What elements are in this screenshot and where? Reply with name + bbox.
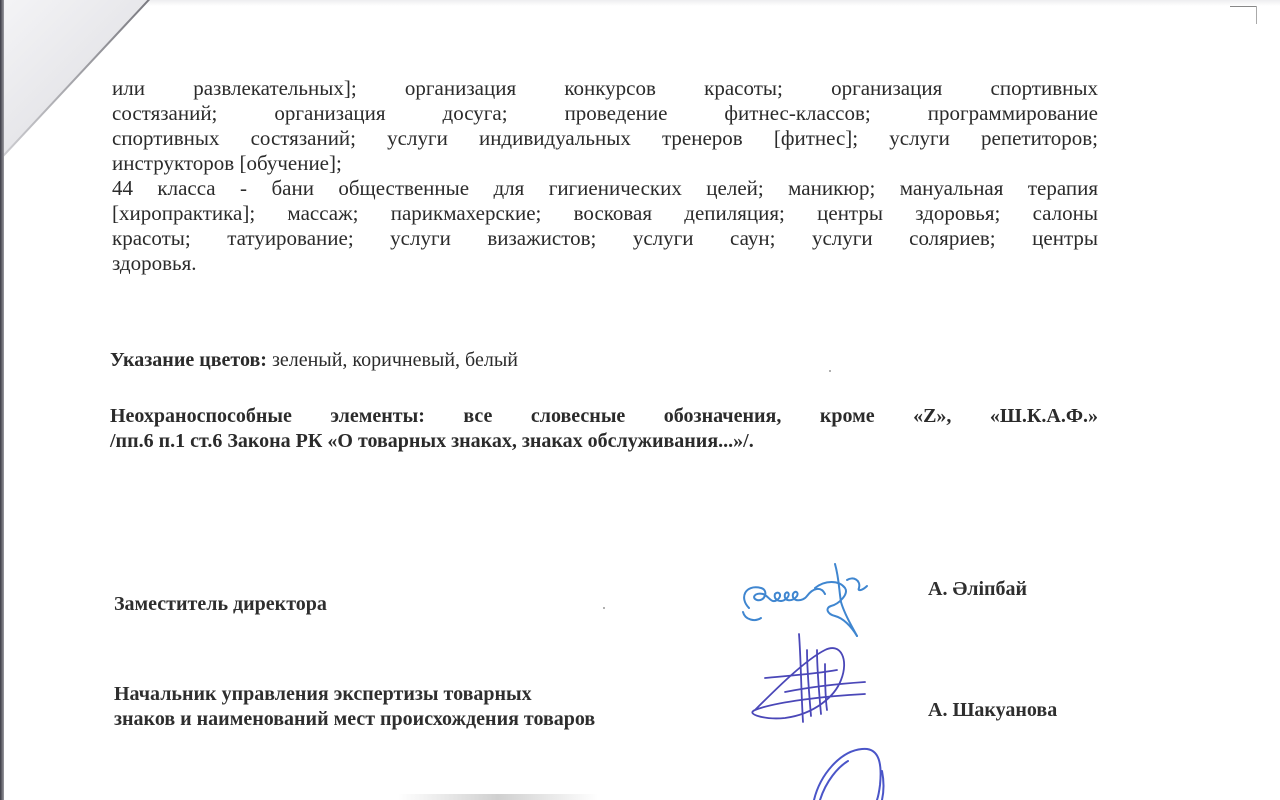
- scan-mark: [1256, 6, 1257, 24]
- scan-top-edge: [0, 0, 1280, 6]
- colors-field-value: зеленый, коричневый, белый: [267, 349, 518, 371]
- text-line: [хиропрактика]; массаж; парикмахерские; …: [112, 201, 1098, 226]
- text-line: или развлекательных]; организация конкур…: [112, 76, 1098, 101]
- scan-left-edge: [0, 0, 4, 800]
- unprotected-elements-line: Неохраноспособные элементы: все словесны…: [110, 404, 1098, 429]
- signature-aliphay: [735, 560, 895, 640]
- text-line: 44 класса - бани общественные для гигиен…: [112, 176, 1098, 201]
- signatory-name-shakuanova: А. Шакуанова: [928, 698, 1057, 723]
- unprotected-elements-field: Неохраноспособные элементы: все словесны…: [110, 404, 1098, 454]
- scan-mark: [1230, 6, 1256, 7]
- signatory-title-line: Заместитель директора: [114, 593, 327, 615]
- text-line: красоты; татуирование; услуги визажистов…: [112, 226, 1098, 251]
- colors-field-label: Указание цветов:: [110, 349, 267, 371]
- cut-off-text-line: [398, 794, 598, 800]
- text-line: спортивных состязаний; услуги индивидуал…: [112, 126, 1098, 151]
- signature-partial-bottom: [800, 745, 890, 800]
- text-line: состязаний; организация досуга; проведен…: [112, 101, 1098, 126]
- text-line: здоровья.: [112, 251, 1098, 276]
- scan-speck: [603, 607, 605, 609]
- signatory-title-head-of-department: Начальник управления экспертизы товарных…: [114, 682, 595, 732]
- signature-shakuanova: [745, 630, 875, 730]
- text-line: инструкторов [обучение];: [112, 151, 1098, 176]
- colors-field: Указание цветов: зеленый, коричневый, бе…: [110, 348, 1100, 373]
- signatory-title-line: знаков и наименований мест происхождения…: [114, 707, 595, 732]
- signatory-title-deputy-director: Заместитель директора: [114, 592, 327, 617]
- unprotected-elements-line: /пп.6 п.1 ст.6 Закона РК «О товарных зна…: [110, 429, 1098, 454]
- signatory-name-aliphay: А. Әліпбай: [928, 577, 1027, 602]
- scan-speck: [829, 370, 831, 372]
- services-list-paragraph: или развлекательных]; организация конкур…: [112, 76, 1098, 276]
- signatory-title-line: Начальник управления экспертизы товарных: [114, 682, 595, 707]
